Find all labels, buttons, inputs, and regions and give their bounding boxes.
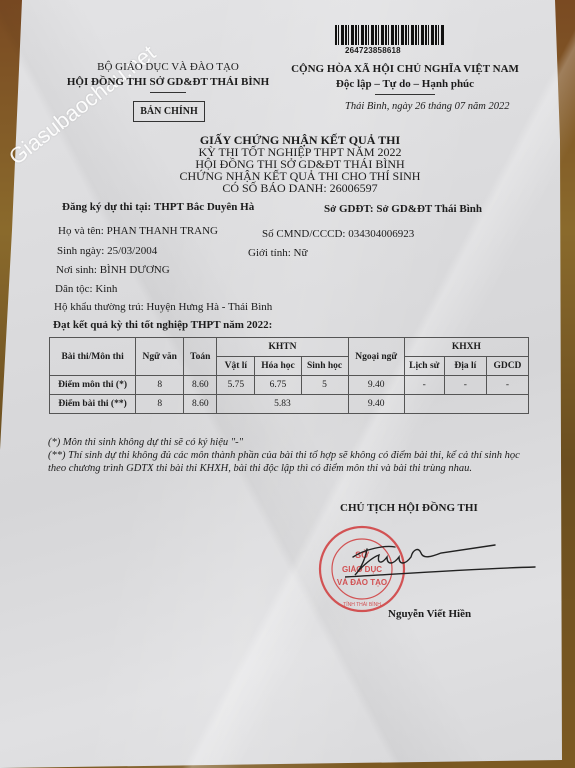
cell-biology: 5 xyxy=(301,376,348,395)
table-header-row: Bài thi/Môn thi Ngữ văn Toán KHTN Ngoại … xyxy=(50,338,529,357)
header-foreign-language: Ngoại ngữ xyxy=(348,338,404,376)
footnote-1: (*) Môn thi sinh không dự thi sẽ có ký h… xyxy=(48,436,538,449)
date-of-birth: Sinh ngày: 25/03/2004 xyxy=(57,245,157,257)
footnote-2: (**) Thí sinh dự thi không đủ các môn th… xyxy=(48,449,538,475)
scores-table: Bài thi/Môn thi Ngữ văn Toán KHTN Ngoại … xyxy=(49,337,529,414)
header-chemistry: Hóa học xyxy=(255,357,301,376)
registered-at: Đăng ký dự thi tại: THPT Bắc Duyên Hà xyxy=(62,201,254,213)
ministry-name: BỘ GIÁO DỤC VÀ ĐÀO TẠO xyxy=(48,60,288,75)
result-heading: Đạt kết quả kỳ thi tốt nghiệp THPT năm 2… xyxy=(53,319,272,331)
header-subject: Bài thi/Môn thi xyxy=(50,338,136,376)
cell-physics: 5.75 xyxy=(217,376,255,395)
svg-text:TỈNH THÁI BÌNH: TỈNH THÁI BÌNH xyxy=(343,601,381,608)
header-biology: Sinh học xyxy=(301,357,348,376)
cell-foreign-language: 9.40 xyxy=(348,376,404,395)
birthplace: Nơi sinh: BÌNH DƯƠNG xyxy=(56,264,170,276)
gender: Giới tính: Nữ xyxy=(248,247,307,259)
cell-foreign-language: 9.40 xyxy=(348,395,404,414)
cell-history: - xyxy=(404,376,444,395)
signatory-name: Nguyễn Viết Hiền xyxy=(388,608,471,620)
country-name: CỘNG HÒA XÃ HỘI CHỦ NGHĨA VIỆT NAM xyxy=(290,62,520,77)
title-candidate-number: CÓ SỐ BÁO DANH: 26006597 xyxy=(150,182,450,194)
cell-math: 8.60 xyxy=(184,376,217,395)
header-right: CỘNG HÒA XÃ HỘI CHỦ NGHĨA VIỆT NAM Độc l… xyxy=(290,62,520,95)
cell-chemistry: 6.75 xyxy=(255,376,301,395)
row-label: Điểm môn thi (*) xyxy=(50,376,136,395)
cell-math: 8.60 xyxy=(184,395,217,414)
council-name: HỘI ĐỒNG THI SỞ GD&ĐT THÁI BÌNH xyxy=(48,75,288,90)
ethnicity: Dân tộc: Kinh xyxy=(55,283,117,295)
document-title: GIẤY CHỨNG NHẬN KẾT QUẢ THI KỲ THI TỐT N… xyxy=(150,134,450,194)
row-label: Điểm bài thi (**) xyxy=(50,395,136,414)
signature-icon xyxy=(345,535,545,585)
department-value: Sở GD&ĐT Thái Bình xyxy=(376,203,482,215)
cell-khxh xyxy=(404,395,528,414)
header-literature: Ngữ văn xyxy=(136,338,184,376)
footnotes: (*) Môn thi sinh không dự thi sẽ có ký h… xyxy=(48,436,538,475)
cell-literature: 8 xyxy=(136,395,184,414)
table-row: Điểm môn thi (*) 8 8.60 5.75 6.75 5 9.40… xyxy=(50,376,529,395)
header-math: Toán xyxy=(184,338,217,376)
header-khxh: KHXH xyxy=(404,338,528,357)
candidate-name: Họ và tên: PHAN THANH TRANG xyxy=(58,225,218,237)
department: Sở GDĐT: Sở GD&ĐT Thái Bình xyxy=(324,203,482,215)
barcode-icon xyxy=(335,25,445,45)
department-label: Sở GDĐT: xyxy=(324,203,374,215)
cell-civics: - xyxy=(486,376,528,395)
divider xyxy=(150,92,186,93)
header-geography: Địa lí xyxy=(444,357,486,376)
registered-value: THPT Bắc Duyên Hà xyxy=(154,201,254,213)
cell-khtn: 5.83 xyxy=(217,395,348,414)
divider xyxy=(375,94,435,95)
signatory-title: CHỦ TỊCH HỘI ĐỒNG THI xyxy=(340,502,478,514)
registered-label: Đăng ký dự thi tại: xyxy=(62,201,151,213)
header-physics: Vật lí xyxy=(217,357,255,376)
issue-date: Thái Bình, ngày 26 tháng 07 năm 2022 xyxy=(345,101,510,112)
residence: Hộ khẩu thường trú: Huyện Hưng Hà - Thái… xyxy=(54,301,272,313)
header-civics: GDCD xyxy=(486,357,528,376)
header-history: Lịch sử xyxy=(404,357,444,376)
table-row: Điểm bài thi (**) 8 8.60 5.83 9.40 xyxy=(50,395,529,414)
cell-literature: 8 xyxy=(136,376,184,395)
header-left: BỘ GIÁO DỤC VÀ ĐÀO TẠO HỘI ĐỒNG THI SỞ G… xyxy=(48,60,288,93)
header-khtn: KHTN xyxy=(217,338,348,357)
result-heading-text: Đạt kết quả kỳ thi tốt nghiệp THPT năm 2… xyxy=(53,319,272,331)
cell-geography: - xyxy=(444,376,486,395)
citizen-id: Số CMND/CCCD: 034304006923 xyxy=(262,228,414,240)
barcode-number: 264723858618 xyxy=(345,46,401,55)
official-copy-badge: BẢN CHÍNH xyxy=(133,101,205,122)
national-motto: Độc lập – Tự do – Hạnh phúc xyxy=(290,77,520,92)
